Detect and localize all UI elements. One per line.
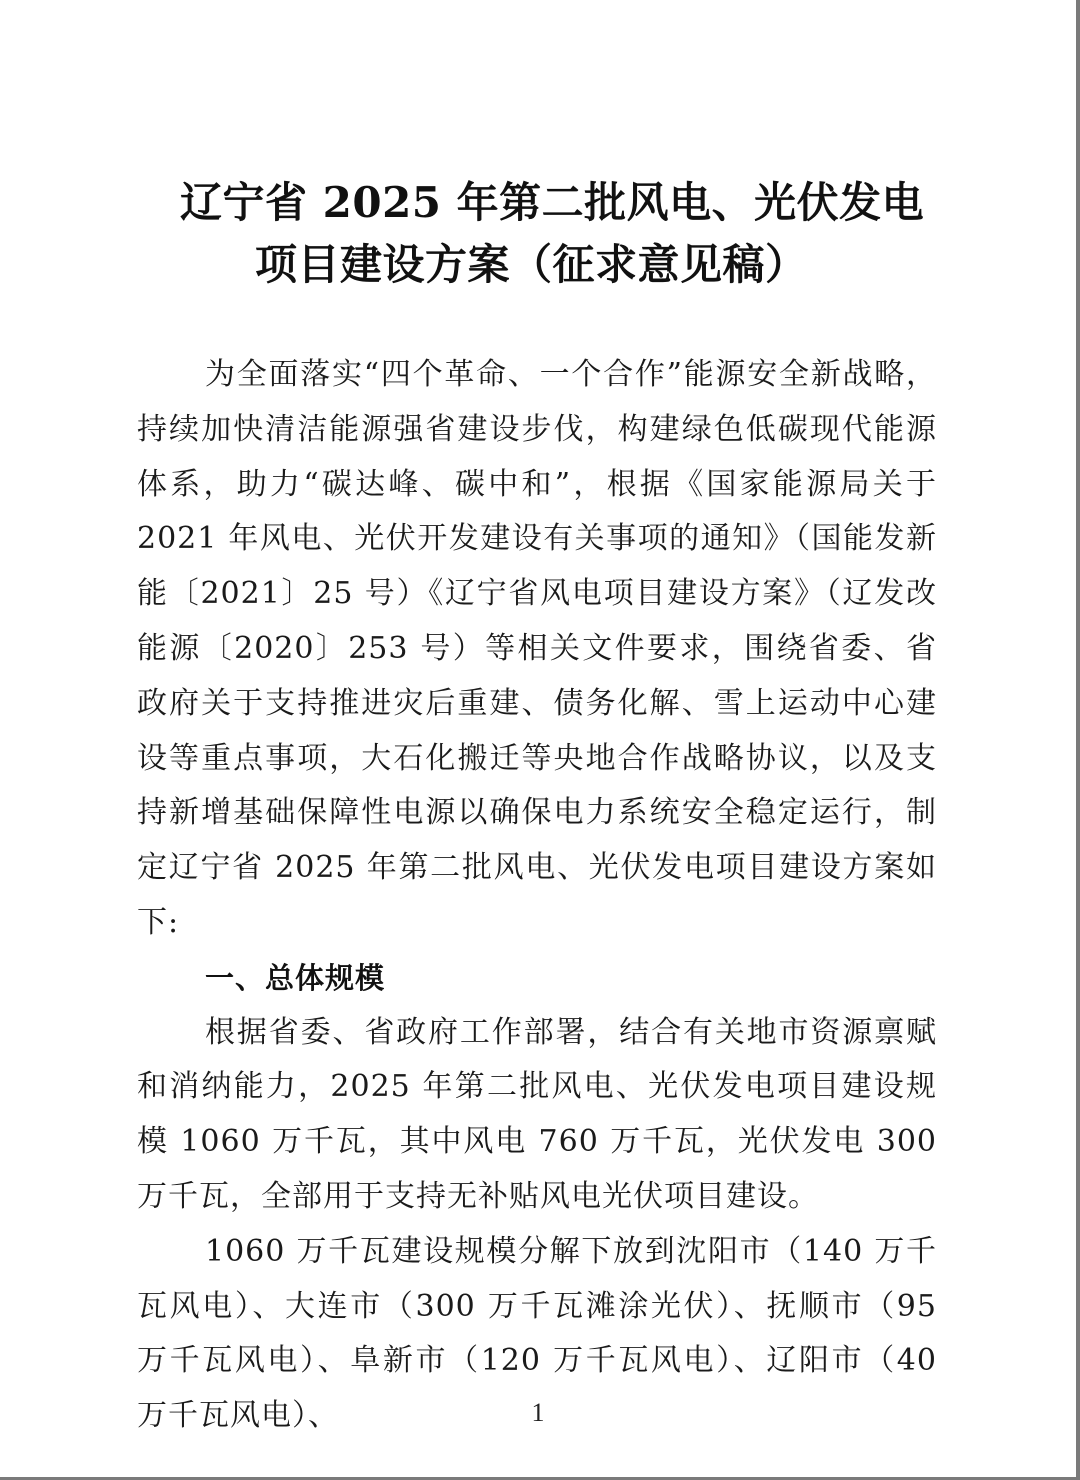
document-page: 辽宁省 2025 年第二批风电、光伏发电 项目建设方案（征求意见稿） 为全面落实… xyxy=(0,0,1080,1480)
document-title-line-1: 辽宁省 2025 年第二批风电、光伏发电 xyxy=(180,170,924,230)
section-heading-overall-scale: 一、总体规模 xyxy=(137,951,937,1006)
document-title-line-2: 项目建设方案（征求意见稿） xyxy=(255,232,808,292)
scale-paragraph: 根据省委、省政府工作部署，结合有关地市资源禀赋和消纳能力，2025 年第二批风电… xyxy=(137,1006,937,1225)
document-body: 为全面落实“四个革命、一个合作”能源安全新战略，持续加快清洁能源强省建设步伐，构… xyxy=(137,348,937,1444)
page-number: 1 xyxy=(0,1398,1076,1428)
intro-paragraph: 为全面落实“四个革命、一个合作”能源安全新战略，持续加快清洁能源强省建设步伐，构… xyxy=(137,348,937,951)
